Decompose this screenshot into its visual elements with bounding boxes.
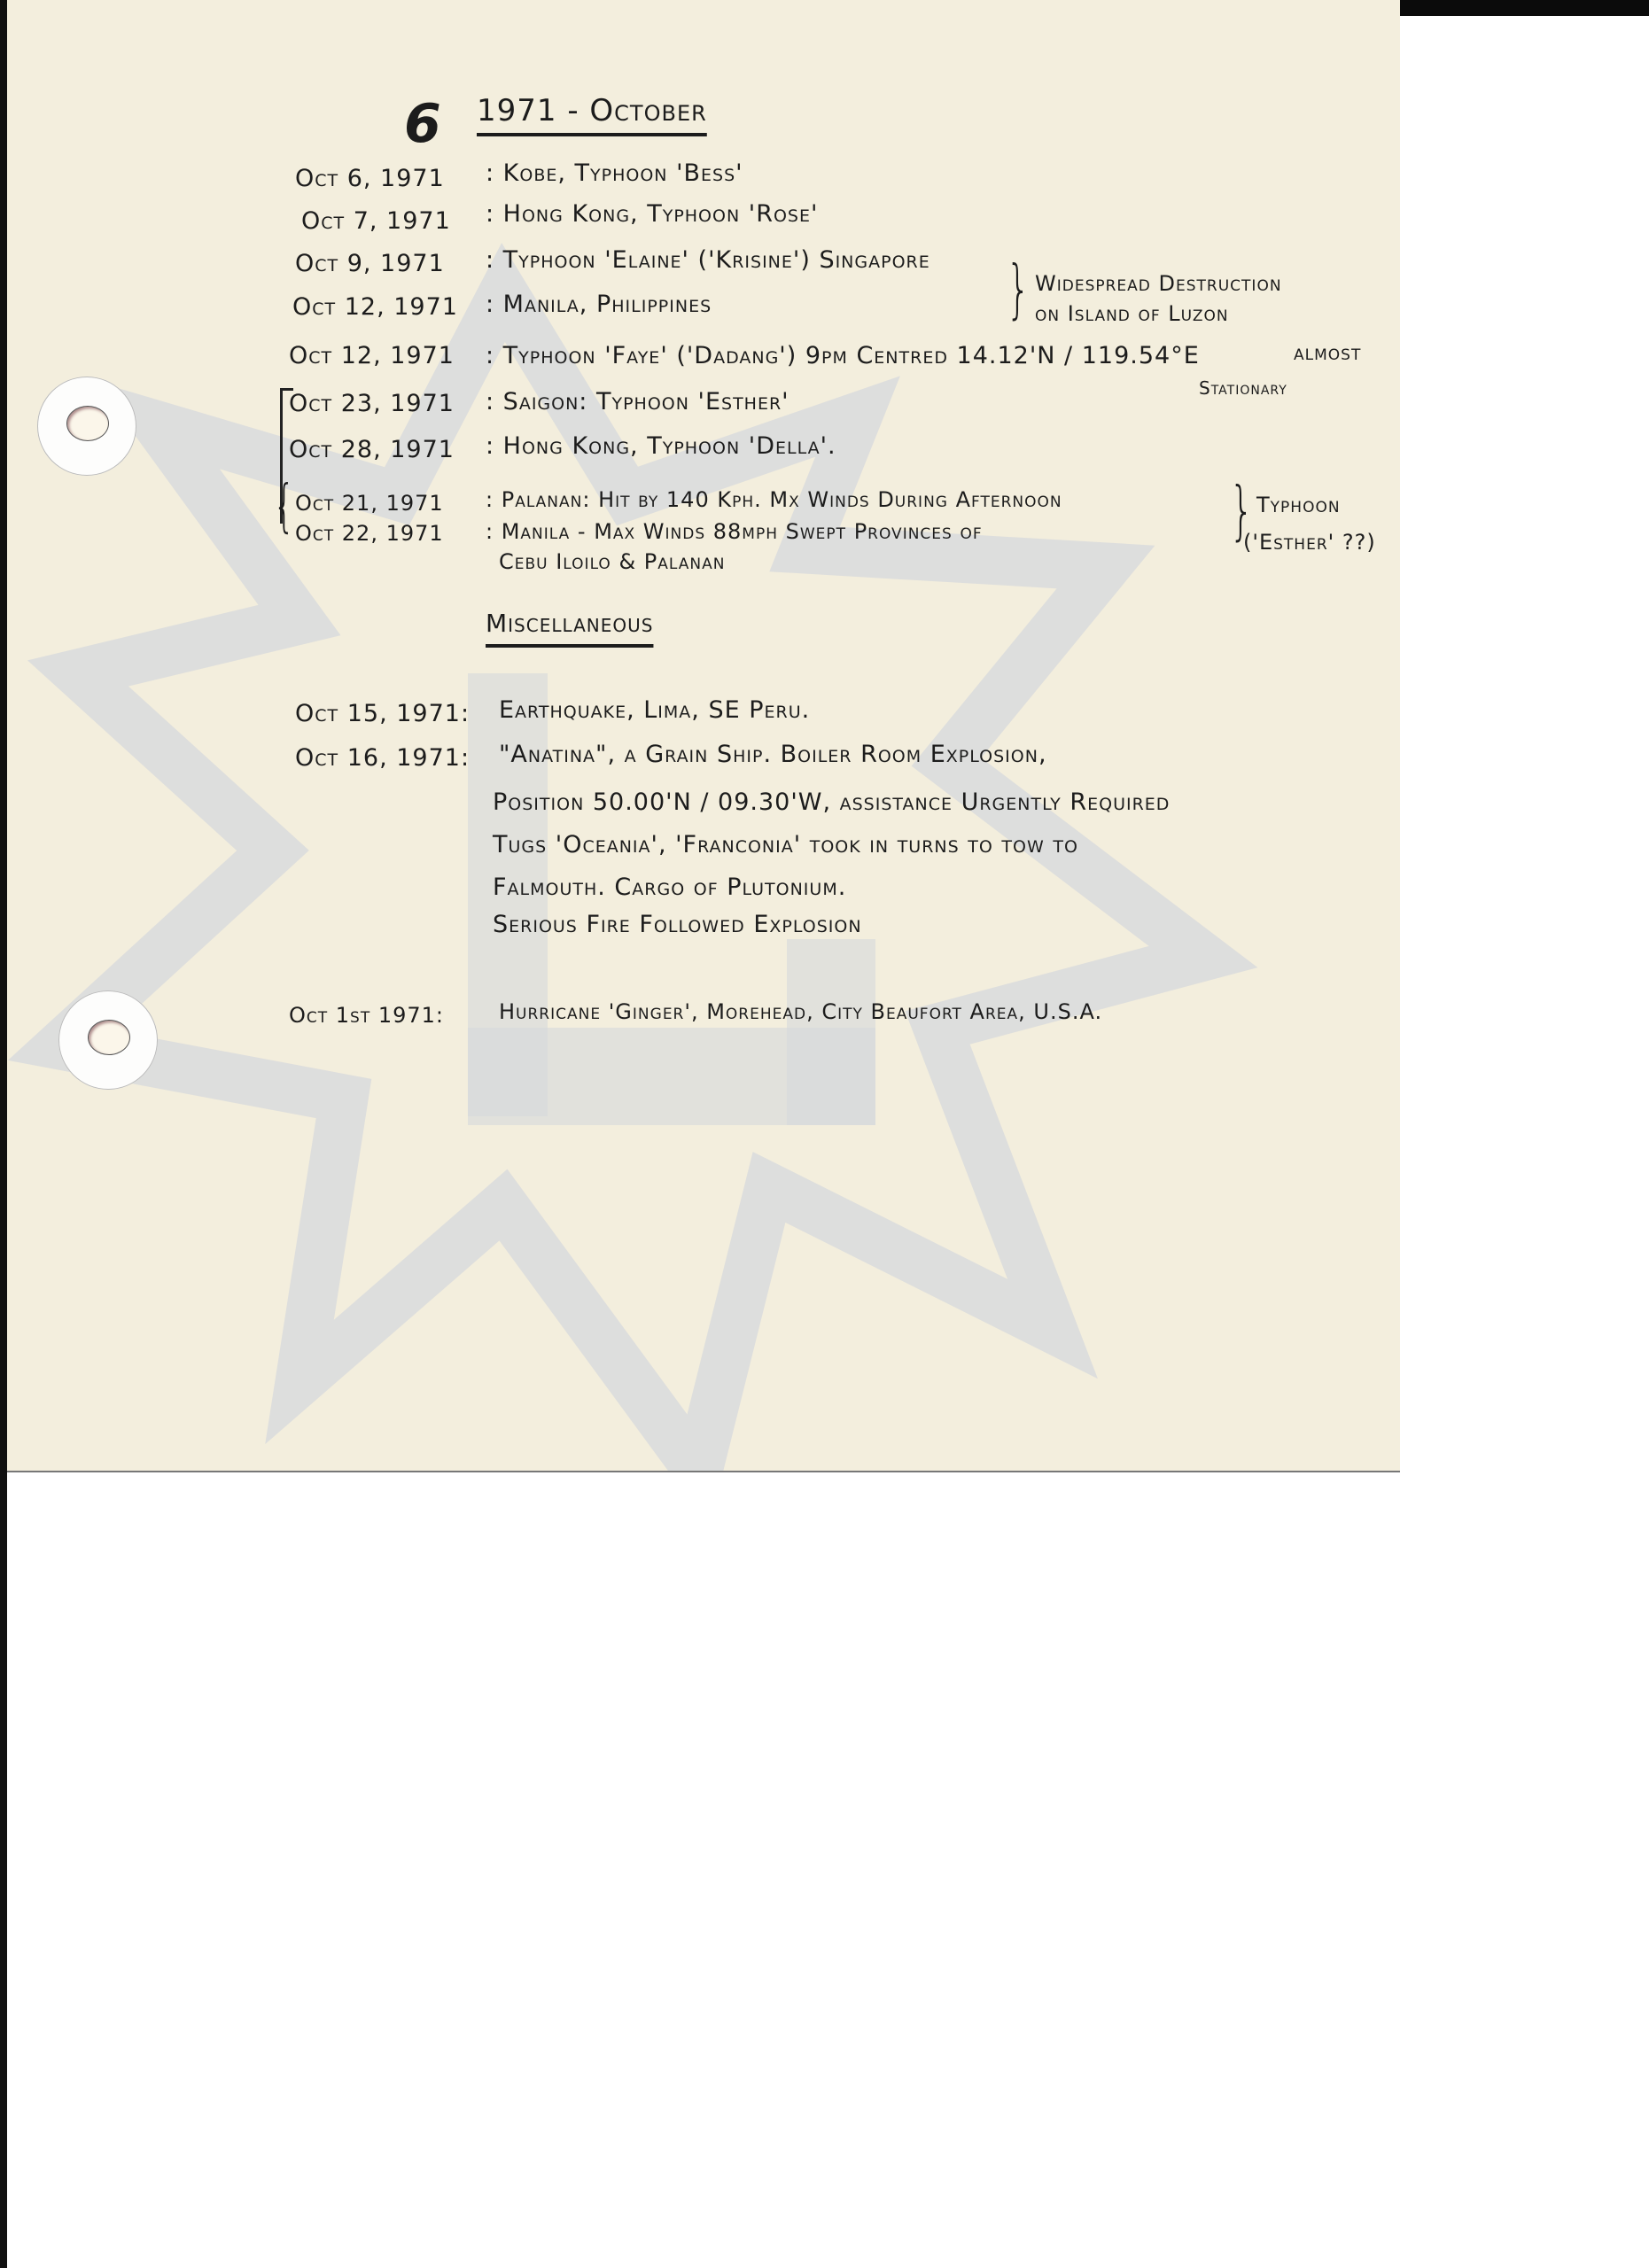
entry-text: : Manila, Philippines — [486, 292, 712, 316]
misc-text: Hurricane 'Ginger', Morehead, City Beauf… — [499, 1001, 1102, 1022]
entry-date: Oct 22, 1971 — [295, 523, 444, 544]
entry-date: Oct 9, 1971 — [295, 252, 445, 276]
side-note: Typhoon — [1256, 494, 1341, 516]
curly-brace: { — [273, 478, 295, 535]
entry-text: Cebu Iloilo & Palanan — [499, 551, 725, 572]
entry-text: : Kobe, Typhoon 'Bess' — [486, 161, 743, 185]
reinforcement-ring-bottom — [58, 990, 158, 1090]
entry-date: Oct 23, 1971 — [289, 392, 455, 416]
entry-date: Oct 28, 1971 — [289, 438, 455, 462]
entry-text: : Hong Kong, Typhoon 'Della'. — [486, 434, 836, 458]
misc-text: Serious Fire Followed Explosion — [493, 913, 862, 936]
entry-date: Oct 7, 1971 — [301, 209, 451, 233]
entry-date: Oct 12, 1971 — [292, 295, 458, 319]
misc-text: Position 50.00'N / 09.30'W, assistance U… — [493, 790, 1170, 814]
side-note: ('Esther' ??) — [1243, 532, 1376, 553]
entry-text: : Palanan: Hit by 140 Kph. Mx Winds Duri… — [486, 489, 1062, 510]
entry-text: : Saigon: Typhoon 'Esther' — [486, 390, 789, 414]
handwritten-page: 6 1971 - October Oct 6, 1971 : Kobe, Typ… — [7, 0, 1400, 1472]
entry-date: Oct 12, 1971 — [289, 344, 455, 368]
entry-text: : Hong Kong, Typhoon 'Rose' — [486, 202, 818, 226]
misc-date: Oct 1st 1971: — [289, 1005, 444, 1026]
entry-date: Oct 6, 1971 — [295, 167, 445, 190]
misc-text: Falmouth. Cargo of Plutonium. — [493, 875, 846, 899]
misc-date: Oct 15, 1971: — [295, 702, 470, 726]
side-note: almost — [1294, 342, 1361, 363]
page-title: 1971 - October — [477, 96, 707, 126]
misc-text: Tugs 'Oceania', 'Franconia' took in turn… — [493, 833, 1078, 857]
entry-date: Oct 21, 1971 — [295, 493, 444, 514]
scanner-left-edge — [0, 0, 7, 2268]
entry-text: : Typhoon 'Faye' ('Dadang') 9pm Centred … — [486, 344, 1200, 368]
entry-text: : Manila - Max Winds 88mph Swept Provinc… — [486, 521, 983, 542]
misc-text: "Anatina", a Grain Ship. Boiler Room Exp… — [499, 742, 1047, 766]
reinforcement-ring-top — [37, 377, 136, 476]
page-number: 6 — [404, 97, 442, 151]
scanner-top-edge — [1400, 0, 1649, 16]
side-note: on Island of Luzon — [1035, 303, 1229, 324]
entry-text: : Typhoon 'Elaine' ('Krisine') Singapore — [486, 248, 930, 272]
side-note: Widespread Destruction — [1035, 273, 1282, 294]
misc-text: Earthquake, Lima, SE Peru. — [499, 698, 810, 722]
side-note: Stationary — [1199, 379, 1287, 397]
misc-date: Oct 16, 1971: — [295, 746, 470, 770]
curly-brace: } — [1006, 257, 1031, 321]
section-title-miscellaneous: Miscellaneous — [486, 611, 653, 636]
